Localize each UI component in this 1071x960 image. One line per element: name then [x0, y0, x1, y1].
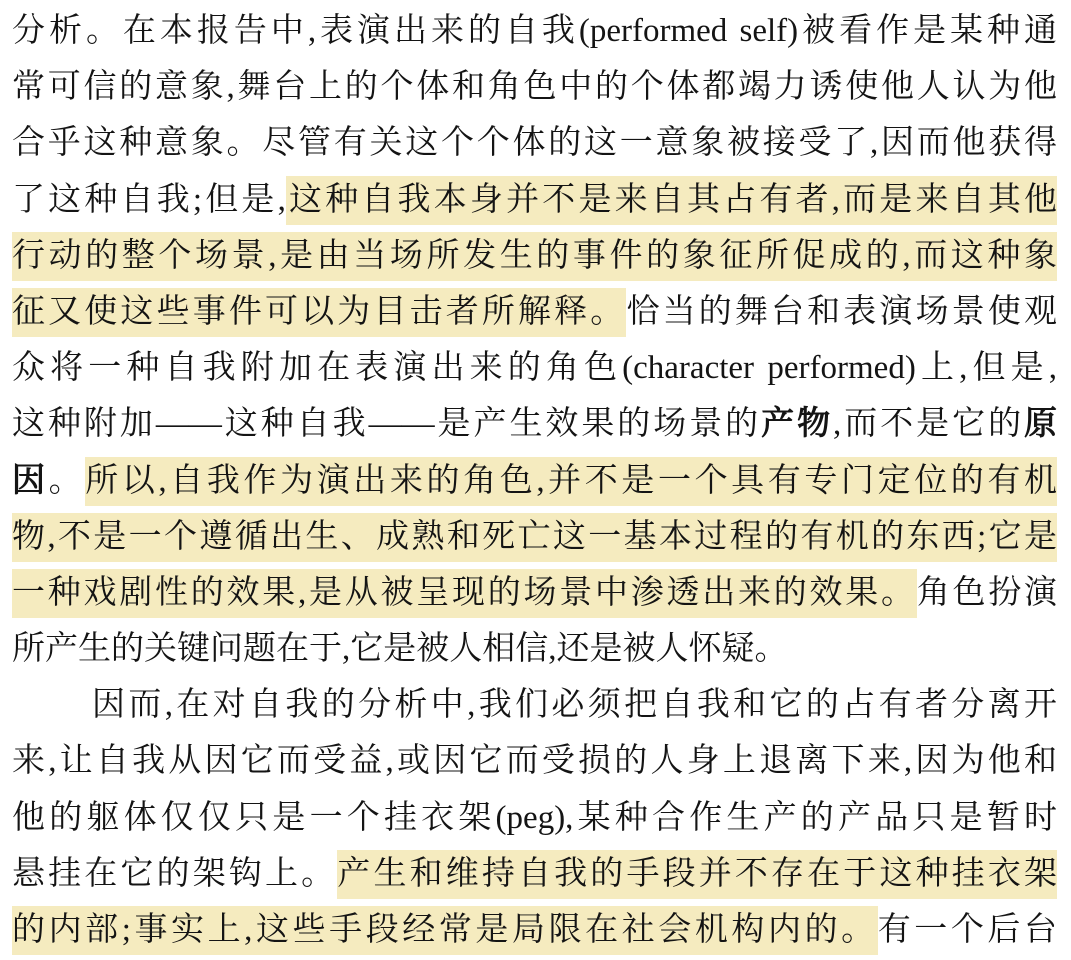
text-segment: 分析。在本报告中,表演出来的自我(performed self)被看作是某种通	[12, 13, 1057, 49]
highlighted-text: 征又使这些事件可以为目击者所解释。	[12, 288, 626, 337]
text-area: 分析。在本报告中,表演出来的自我(performed self)被看作是某种通常…	[0, 0, 1071, 958]
highlighted-text: 物,不是一个遵循出生、成熟和死亡这一基本过程的有机的东西;它是	[12, 513, 1057, 562]
text-line: 来,让自我从因它而受益,或因它而受损的人身上退离下来,因为他和	[12, 733, 1057, 789]
text-segment: 了这种自我;但是,	[12, 182, 286, 218]
scanned-page: 分析。在本报告中,表演出来的自我(performed self)被看作是某种通常…	[0, 0, 1071, 960]
text-segment: 来,让自我从因它而受益,或因它而受损的人身上退离下来,因为他和	[12, 743, 1057, 779]
text-segment: 他的躯体仅仅只是一个挂衣架(peg),某种合作生产的产品只是暂时	[12, 800, 1057, 836]
text-segment: 因	[12, 463, 49, 499]
highlighted-text: 行动的整个场景,是由当场所发生的事件的象征所促成的,而这种象	[12, 232, 1057, 281]
text-line: 行动的整个场景,是由当场所发生的事件的象征所促成的,而这种象	[12, 228, 1057, 284]
highlighted-text: 一种戏剧性的效果,是从被呈现的场景中渗透出来的效果。	[12, 569, 917, 618]
text-segment: 悬挂在它的架钩上。	[12, 856, 337, 892]
text-segment: ,而不是它的	[833, 406, 1024, 442]
text-line: 悬挂在它的架钩上。产生和维持自我的手段并不存在于这种挂衣架	[12, 846, 1057, 902]
text-segment: 所产生的关键问题在于,它是被人相信,还是被人怀疑。	[12, 631, 788, 667]
text-segment: 产物	[761, 406, 833, 442]
text-line: 所产生的关键问题在于,它是被人相信,还是被人怀疑。	[12, 621, 1057, 677]
text-line: 征又使这些事件可以为目击者所解释。恰当的舞台和表演场景使观	[12, 284, 1057, 340]
text-line: 合乎这种意象。尽管有关这个个体的这一意象被接受了,因而他获得	[12, 115, 1057, 171]
text-segment: 这种附加——这种自我——是产生效果的场景的	[12, 406, 761, 442]
text-line: 分析。在本报告中,表演出来的自我(performed self)被看作是某种通	[12, 3, 1057, 59]
text-segment: 。	[49, 463, 86, 499]
text-line: 了这种自我;但是,这种自我本身并不是来自其占有者,而是来自其他	[12, 172, 1057, 228]
text-segment: 合乎这种意象。尽管有关这个个体的这一意象被接受了,因而他获得	[12, 125, 1057, 161]
highlighted-text: 产生和维持自我的手段并不存在于这种挂衣架	[337, 850, 1057, 899]
text-segment: 恰当的舞台和表演场景使观	[626, 294, 1057, 330]
text-segment: 众将一种自我附加在表演出来的角色(character performed)上,但…	[12, 350, 1057, 386]
text-line: 常可信的意象,舞台上的个体和角色中的个体都竭力诱使他人认为他	[12, 59, 1057, 115]
text-line: 因而,在对自我的分析中,我们必须把自我和它的占有者分离开	[12, 677, 1057, 733]
text-line: 物,不是一个遵循出生、成熟和死亡这一基本过程的有机的东西;它是	[12, 509, 1057, 565]
text-line: 他的躯体仅仅只是一个挂衣架(peg),某种合作生产的产品只是暂时	[12, 790, 1057, 846]
text-line: 的内部;事实上,这些手段经常是局限在社会机构内的。有一个后台	[12, 902, 1057, 958]
text-line: 众将一种自我附加在表演出来的角色(character performed)上,但…	[12, 340, 1057, 396]
text-segment: 角色扮演	[917, 575, 1057, 611]
text-line: 因。所以,自我作为演出来的角色,并不是一个具有专门定位的有机	[12, 453, 1057, 509]
text-segment: 常可信的意象,舞台上的个体和角色中的个体都竭力诱使他人认为他	[12, 69, 1057, 105]
text-segment: 有一个后台	[878, 912, 1057, 948]
text-segment: 原	[1024, 406, 1057, 442]
highlighted-text: 的内部;事实上,这些手段经常是局限在社会机构内的。	[12, 906, 878, 955]
text-line: 一种戏剧性的效果,是从被呈现的场景中渗透出来的效果。角色扮演	[12, 565, 1057, 621]
text-line: 这种附加——这种自我——是产生效果的场景的产物,而不是它的原	[12, 396, 1057, 452]
highlighted-text: 这种自我本身并不是来自其占有者,而是来自其他	[286, 176, 1057, 225]
highlighted-text: 所以,自我作为演出来的角色,并不是一个具有专门定位的有机	[85, 457, 1057, 506]
text-segment: 因而,在对自我的分析中,我们必须把自我和它的占有者分离开	[92, 687, 1057, 723]
